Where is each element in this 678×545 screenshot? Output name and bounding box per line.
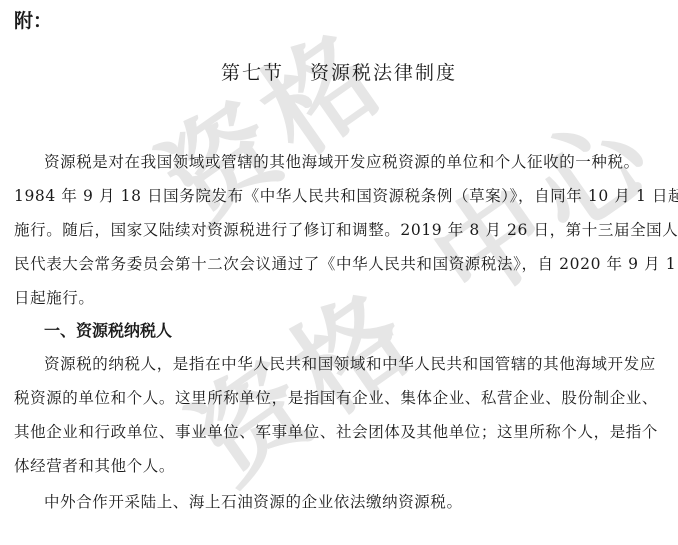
paragraph-line: 税资源的单位和个人。这里所称单位，是指国有企业、集体企业、私营企业、股份制企业、 [14, 386, 658, 408]
paragraph-line: 民代表大会常务委员会第十二次会议通过了《中华人民共和国资源税法》，自 2020 … [14, 252, 676, 274]
paragraph-line: 中外合作开采陆上、海上石油资源的企业依法缴纳资源税。 [44, 490, 463, 512]
paragraph-line: 施行。随后，国家又陆续对资源税进行了修订和调整。2019 年 8 月 26 日，… [14, 218, 678, 240]
appendix-label: 附： [14, 6, 52, 33]
subsection-heading: 一、资源税纳税人 [44, 318, 172, 341]
paragraph-line: 资源税是对在我国领域或管辖的其他海域开发应税资源的单位和个人征收的一种税。 [44, 150, 640, 172]
paragraph-line: 资源税的纳税人，是指在中华人民共和国领域和中华人民共和国管辖的其他海域开发应 [44, 352, 656, 374]
section-name: 资源税法律制度 [310, 62, 457, 84]
section-number: 第七节 [221, 62, 284, 84]
paragraph-line: 体经营者和其他个人。 [14, 454, 175, 476]
paragraph-line: 其他企业和行政单位、事业单位、军事单位、社会团体及其他单位；这里所称个人，是指个 [14, 420, 658, 442]
section-title: 第七节资源税法律制度 [0, 58, 678, 85]
paragraph-line: 日起施行。 [14, 286, 95, 308]
document-page: 附： 第七节资源税法律制度 资源税是对在我国领域或管辖的其他海域开发应税资源的单… [0, 0, 678, 545]
paragraph-line: 1984 年 9 月 18 日国务院发布《中华人民共和国资源税条例（草案）》，自… [14, 184, 678, 206]
